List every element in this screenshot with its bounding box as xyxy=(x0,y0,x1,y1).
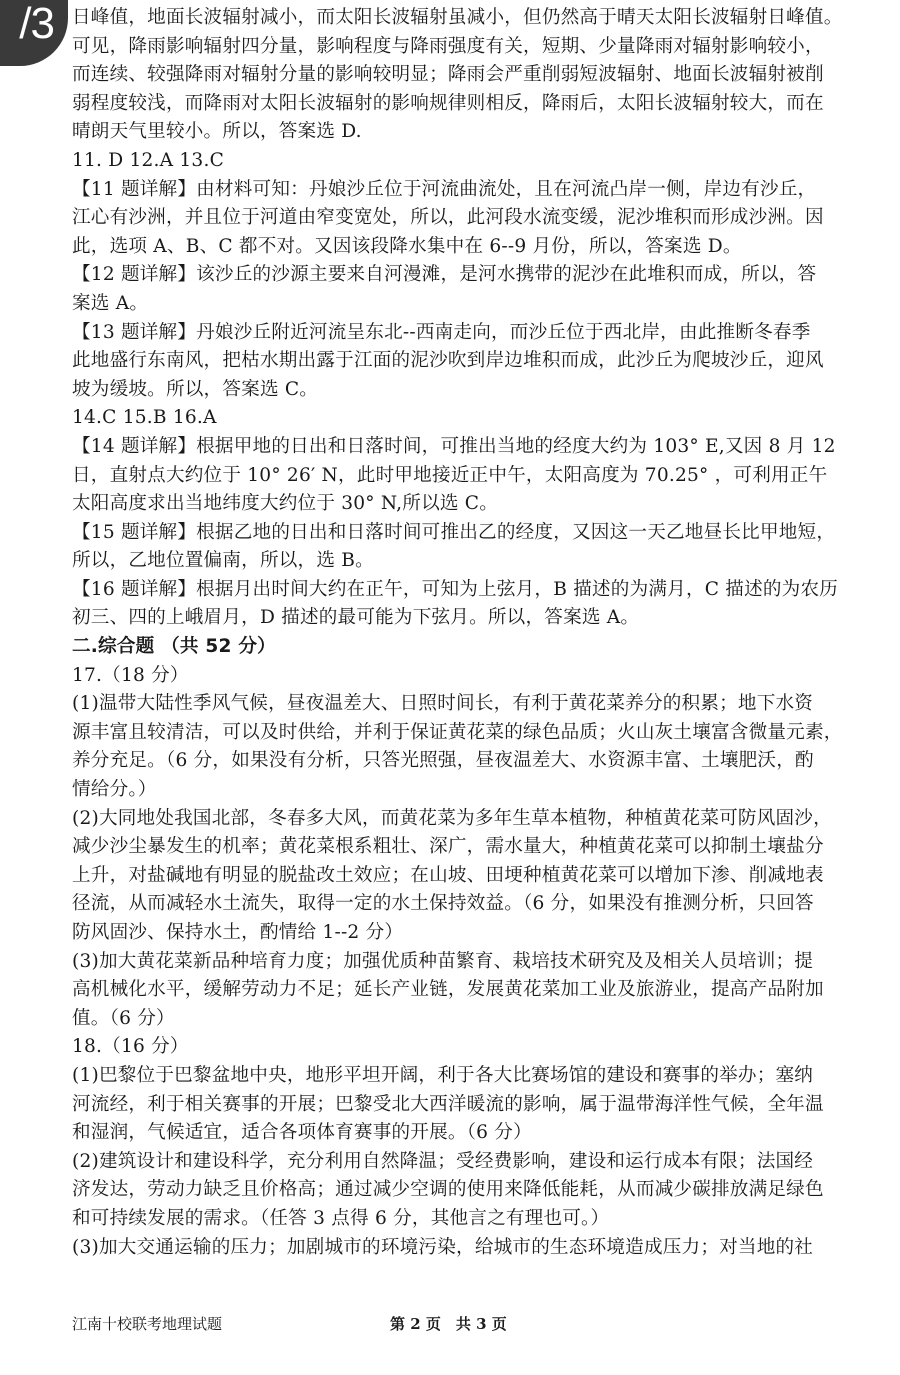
text-line: (1)温带大陆性季风气候，昼夜温差大、日照时间长，有利于黄花菜养分的积累；地下水… xyxy=(72,690,844,719)
text-line: 【15 题详解】根据乙地的日出和日落时间可推出乙的经度，又因这一天乙地昼长比甲地… xyxy=(72,519,844,548)
footer-page-number: 第 2 页 共 3 页 xyxy=(390,1313,507,1334)
text-line: (3)加大黄花菜新品种培育力度；加强优质种苗繁育、栽培技术研究及及相关人员培训；… xyxy=(72,948,844,977)
question-17-heading: 17.（18 分） xyxy=(72,662,844,691)
text-line: 情给分。） xyxy=(72,776,844,805)
text-line: 上升，对盐碱地有明显的脱盐改土效应；在山坡、田埂种植黄花菜可以增加下渗、削减地表 xyxy=(72,862,844,891)
question-18-heading: 18.（16 分） xyxy=(72,1033,844,1062)
text-line: 可见，降雨影响辐射四分量，影响程度与降雨强度有关，短期、少量降雨对辐射影响较小， xyxy=(72,33,844,62)
text-line: 太阳高度求出当地纬度大约位于 30° N,所以选 C。 xyxy=(72,490,844,519)
text-line: 防风固沙、保持水土，酌情给 1--2 分） xyxy=(72,919,844,948)
text-line: 养分充足。（6 分，如果没有分析，只答光照强，昼夜温差大、水资源丰富、土壤肥沃，… xyxy=(72,747,844,776)
document-body: 日峰值，地面长波辐射减小，而太阳长波辐射虽减小，但仍然高于晴天太阳长波辐射日峰值… xyxy=(72,4,844,1262)
text-line: 值。（6 分） xyxy=(72,1005,844,1034)
text-line: 此地盛行东南风，把枯水期出露于江面的泥沙吹到岸边堆积而成，此沙丘为爬坡沙丘，迎风 xyxy=(72,347,844,376)
page-footer: 江南十校联考地理试题 第 2 页 共 3 页 xyxy=(72,1313,772,1337)
text-line: 【11 题详解】由材料可知：丹娘沙丘位于河流曲流处，且在河流凸岸一侧，岸边有沙丘… xyxy=(72,176,844,205)
text-line: 此，选项 A、B、C 都不对。又因该段降水集中在 6--9 月份，所以，答案选 … xyxy=(72,233,844,262)
section-heading: 二.综合题 （共 52 分） xyxy=(72,633,844,662)
text-line: 初三、四的上峨眉月，D 描述的最可能为下弦月。所以，答案选 A。 xyxy=(72,604,844,633)
text-line: 源丰富且较清洁，可以及时供给，并利于保证黄花菜的绿色品质；火山灰土壤富含微量元素… xyxy=(72,719,844,748)
text-line: 【12 题详解】该沙丘的沙源主要来自河漫滩，是河水携带的泥沙在此堆积而成，所以，… xyxy=(72,261,844,290)
text-line: 和可持续发展的需求。（任答 3 点得 6 分，其他言之有理也可。） xyxy=(72,1205,844,1234)
text-line: 而连续、较强降雨对辐射分量的影响较明显；降雨会严重削弱短波辐射、地面长波辐射被削 xyxy=(72,61,844,90)
answer-key-11-13: 11. D 12.A 13.C xyxy=(72,147,844,176)
text-line: (3)加大交通运输的压力；加剧城市的环境污染，给城市的生态环境造成压力；对当地的… xyxy=(72,1234,844,1263)
text-line: 济发达，劳动力缺乏且价格高；通过减少空调的使用来降低能耗，从而减少碳排放满足绿色 xyxy=(72,1176,844,1205)
text-line: 江心有沙洲，并且位于河道由窄变宽处，所以，此河段水流变缓，泥沙堆积而形成沙洲。因 xyxy=(72,204,844,233)
answer-key-14-16: 14.C 15.B 16.A xyxy=(72,404,844,433)
page-badge-label: /3 xyxy=(19,2,68,66)
text-line: 日，直射点大约位于 10° 26′ N，此时甲地接近正中午，太阳高度为 70.2… xyxy=(72,462,844,491)
text-line: 径流，从而减轻水土流失，取得一定的水土保持效益。（6 分，如果没有推测分析，只回… xyxy=(72,890,844,919)
footer-title: 江南十校联考地理试题 xyxy=(72,1313,222,1334)
text-line: 【14 题详解】根据甲地的日出和日落时间，可推出当地的经度大约为 103° E,… xyxy=(72,433,844,462)
text-line: 晴朗天气里较小。所以，答案选 D. xyxy=(72,118,844,147)
text-line: 和湿润，气候适宜，适合各项体育赛事的开展。（6 分） xyxy=(72,1119,844,1148)
text-line: 减少沙尘暴发生的机率；黄花菜根系粗壮、深广，需水量大，种植黄花菜可以抑制土壤盐分 xyxy=(72,833,844,862)
text-line: 河流经，利于相关赛事的开展；巴黎受北大西洋暖流的影响，属于温带海洋性气候，全年温 xyxy=(72,1091,844,1120)
text-line: (2)大同地处我国北部，冬春多大风，而黄花菜为多年生草本植物，种植黄花菜可防风固… xyxy=(72,805,844,834)
text-line: (2)建筑设计和建设科学，充分利用自然降温；受经费影响，建设和运行成本有限；法国… xyxy=(72,1148,844,1177)
text-line: 高机械化水平，缓解劳动力不足；延长产业链，发展黄花菜加工业及旅游业，提高产品附加 xyxy=(72,976,844,1005)
text-line: 案选 A。 xyxy=(72,290,844,319)
text-line: 坡为缓坡。所以，答案选 C。 xyxy=(72,376,844,405)
text-line: 所以，乙地位置偏南，所以，选 B。 xyxy=(72,547,844,576)
text-line: 日峰值，地面长波辐射减小，而太阳长波辐射虽减小，但仍然高于晴天太阳长波辐射日峰值… xyxy=(72,4,844,33)
text-line: 【16 题详解】根据月出时间大约在正午，可知为上弦月，B 描述的为满月，C 描述… xyxy=(72,576,844,605)
text-line: 弱程度较浅，而降雨对太阳长波辐射的影响规律则相反，降雨后，太阳长波辐射较大，而在 xyxy=(72,90,844,119)
text-line: (1)巴黎位于巴黎盆地中央，地形平坦开阔，利于各大比赛场馆的建设和赛事的举办；塞… xyxy=(72,1062,844,1091)
page-badge: /3 xyxy=(0,0,68,66)
text-line: 【13 题详解】丹娘沙丘附近河流呈东北--西南走向，而沙丘位于西北岸，由此推断冬… xyxy=(72,319,844,348)
